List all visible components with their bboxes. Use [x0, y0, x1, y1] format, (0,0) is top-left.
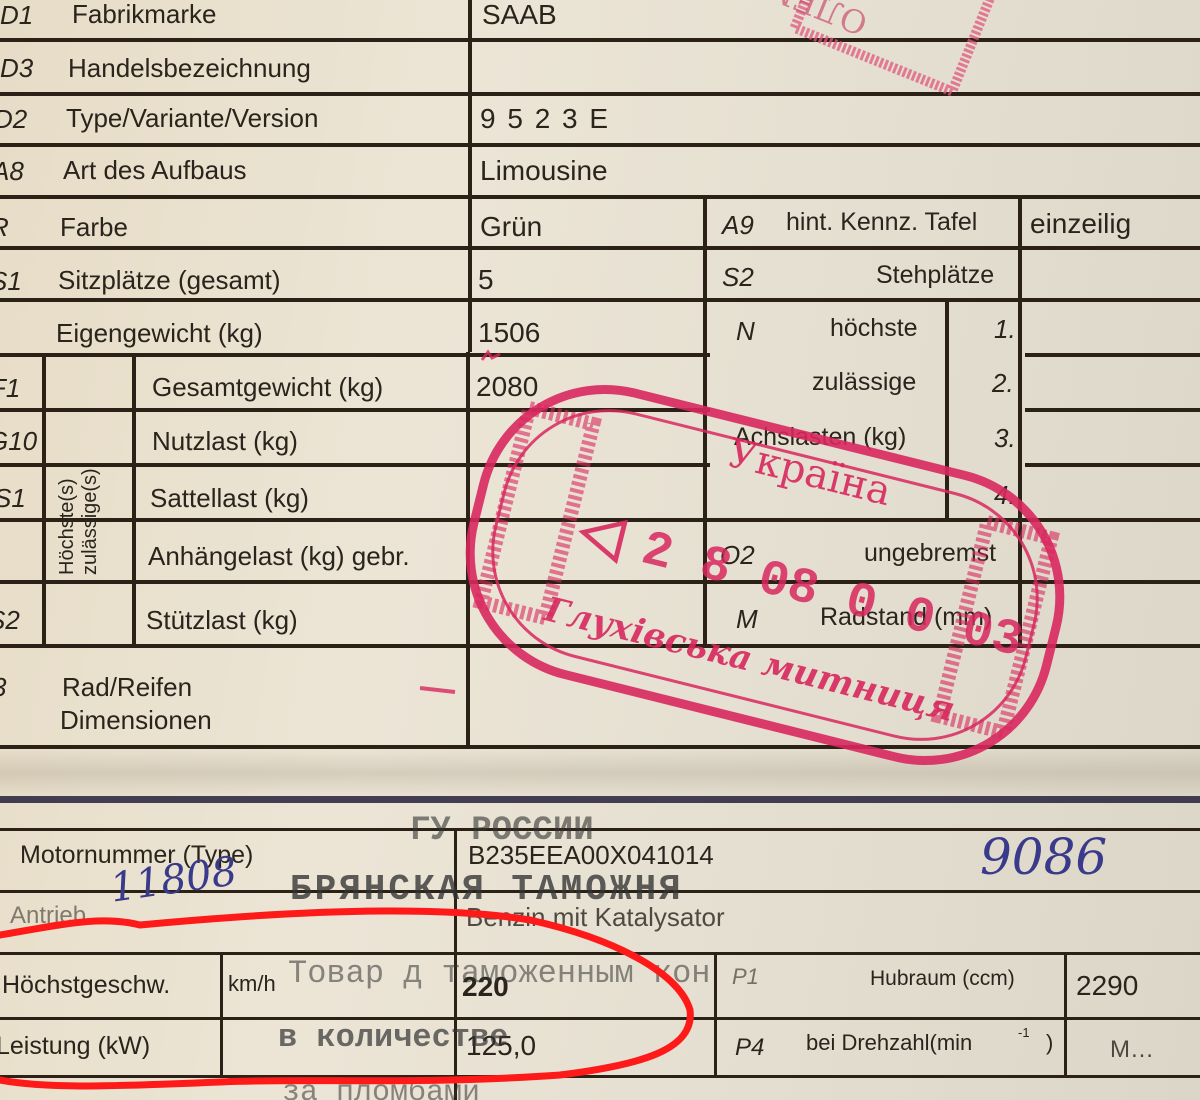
stamps-overlay: ОЛЕМ Україна ◁ 2 8 08 0 0 03 Глухівська …: [0, 0, 1200, 1100]
top-stamp-fragment: ОЛЕМ: [754, 0, 997, 92]
svg-text:◁: ◁: [572, 496, 632, 568]
svg-text:Україна: Україна: [723, 430, 896, 515]
ukraine-customs-stamp: Україна ◁ 2 8 08 0 0 03 Глухівська митни…: [444, 363, 1087, 787]
red-marker-annotation: [0, 911, 690, 1086]
